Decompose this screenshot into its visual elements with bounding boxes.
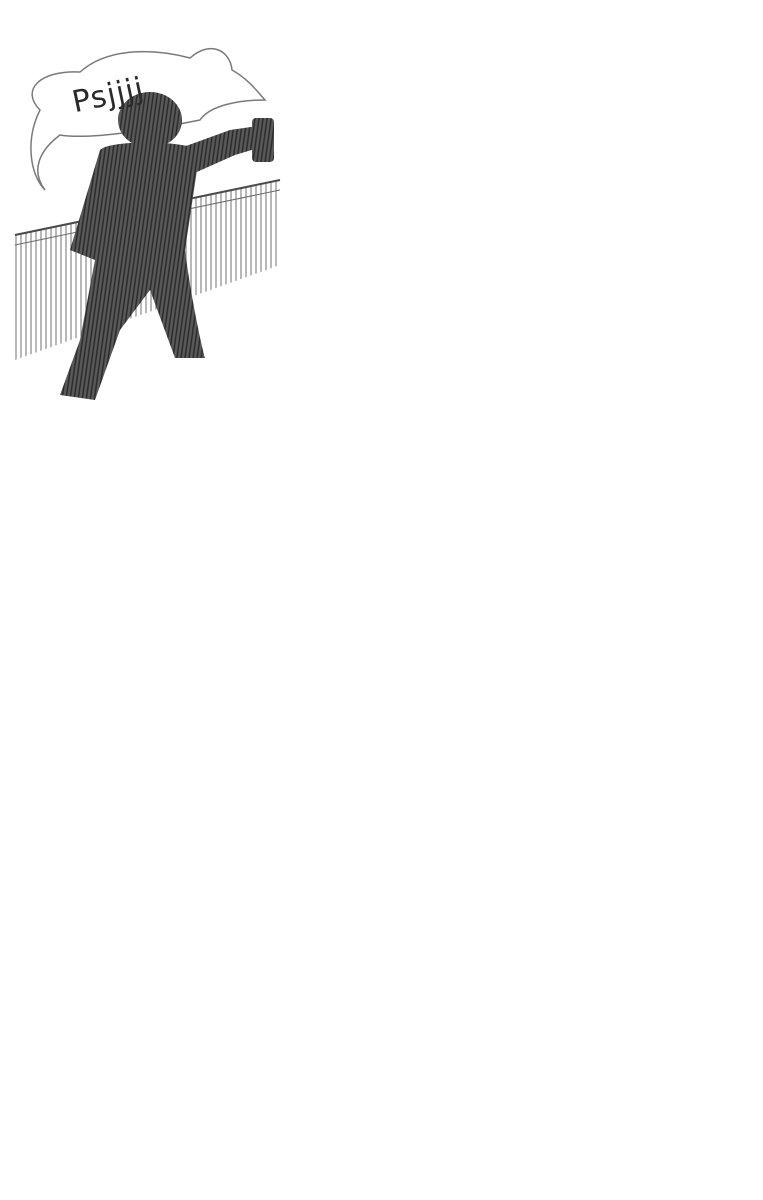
spray-can (252, 118, 274, 162)
comic-page: Psjjjj (0, 0, 763, 1200)
panel-1 (15, 49, 280, 400)
comic-artwork (0, 0, 763, 1200)
